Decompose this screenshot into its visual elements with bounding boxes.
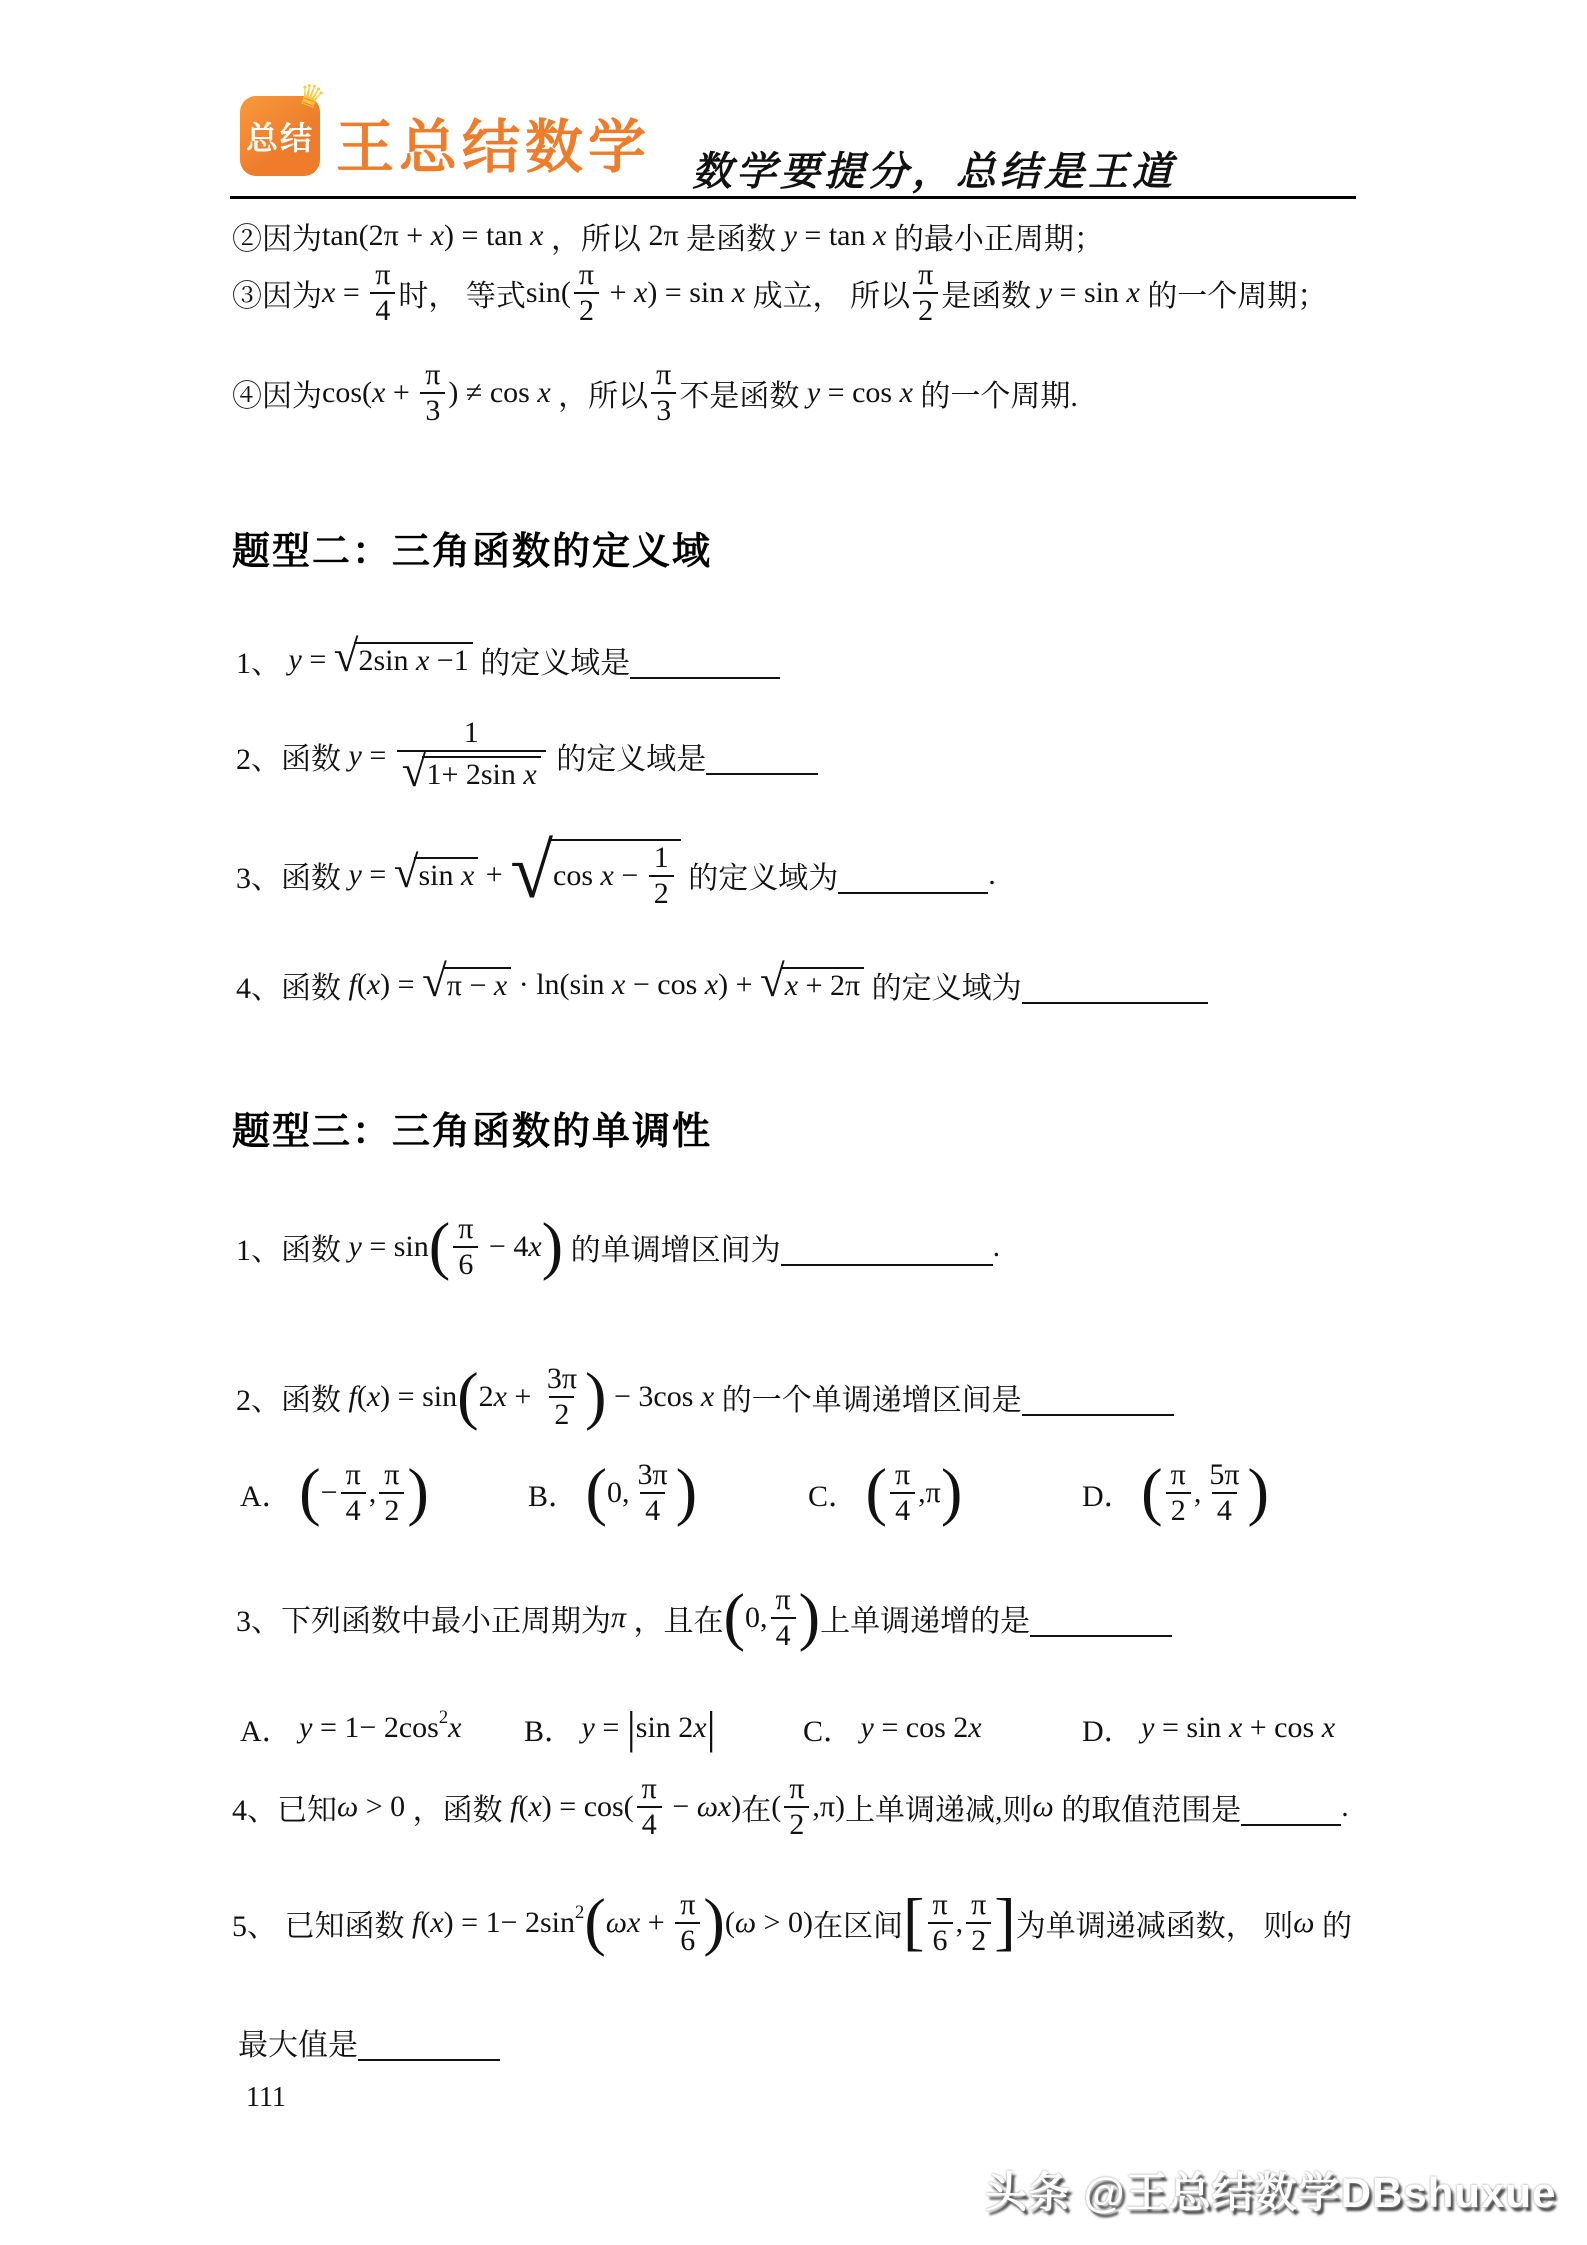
header-divider	[230, 196, 1356, 199]
mono-3-option-b: B． y = |sin 2x|	[524, 1706, 716, 1750]
mono-problem-5-cont: 最大值是	[238, 2020, 500, 2064]
mono-problem-2: 2、函数 f(x) = sin(2x + 3π2) − 3cos x 的一个单调…	[236, 1362, 1174, 1431]
statement-3: ③因为x = π4时， 等式sin(π2 + x) = sin x 成立， 所以…	[232, 258, 1327, 327]
mono-2-option-c: C． (π4,π)	[808, 1458, 962, 1527]
mono-3-option-a: A． y = 1− 2cos2x	[240, 1706, 461, 1750]
page-number: 111	[246, 2082, 286, 2114]
section-3-heading: 题型三：三角函数的单调性	[232, 1100, 712, 1155]
brand-slogan: 数学要提分，总结是王道	[692, 140, 1176, 197]
crown-icon: ♛	[293, 78, 329, 115]
mono-3-option-d: D． y = sin x + cos x	[1082, 1706, 1335, 1750]
brand-name: 王总结数学	[336, 100, 651, 184]
mono-2-option-a: A． (−π4,π2)	[240, 1458, 429, 1527]
domain-problem-1: 1、 y = √2sin x −1 的定义域是	[236, 637, 780, 682]
statement-2: ②因为tan(2π + x) = tan x ，所以 2π 是函数 y = ta…	[232, 214, 1104, 258]
worksheet-page: 总结 ♛ 王总结数学 数学要提分，总结是王道 ②因为tan(2π + x) = …	[0, 0, 1587, 2245]
mono-3-option-c: C． y = cos 2x	[803, 1706, 982, 1750]
mono-problem-3: 3、下列函数中最小正周期为π ，且在(0,π4)上单调递增的是	[236, 1583, 1172, 1652]
mono-2-option-d: D． (π2,5π4)	[1082, 1458, 1269, 1527]
mono-problem-5: 5、 已知函数 f(x) = 1− 2sin2(ωx + π6)(ω > 0)在…	[232, 1888, 1352, 1957]
domain-problem-2: 2、函数 y = 1√1+ 2sin x 的定义域是	[236, 716, 818, 797]
domain-problem-4: 4、函数 f(x) = √π − x · ln(sin x − cos x) +…	[236, 962, 1208, 1007]
watermark: 头条 @王总结数学DBshuxue	[985, 2160, 1556, 2220]
mono-problem-4: 4、已知ω > 0 ，函数 f(x) = cos(π4 − ωx)在(π2,π)…	[232, 1772, 1349, 1841]
mono-problem-1: 1、函数 y = sin(π6 − 4x) 的单调增区间为.	[236, 1212, 1000, 1281]
section-2-heading: 题型二：三角函数的定义域	[232, 520, 712, 575]
logo-badge-text: 总结	[246, 113, 314, 159]
domain-problem-3: 3、函数 y = √sin x + √cos x − 12 的定义域为.	[236, 836, 996, 914]
mono-2-option-b: B． (0,3π4)	[528, 1458, 697, 1527]
brand-logo: 总结 ♛	[240, 96, 320, 176]
statement-4: ④因为cos(x + π3) ≠ cos x ，所以π3不是函数 y = cos…	[232, 358, 1078, 427]
